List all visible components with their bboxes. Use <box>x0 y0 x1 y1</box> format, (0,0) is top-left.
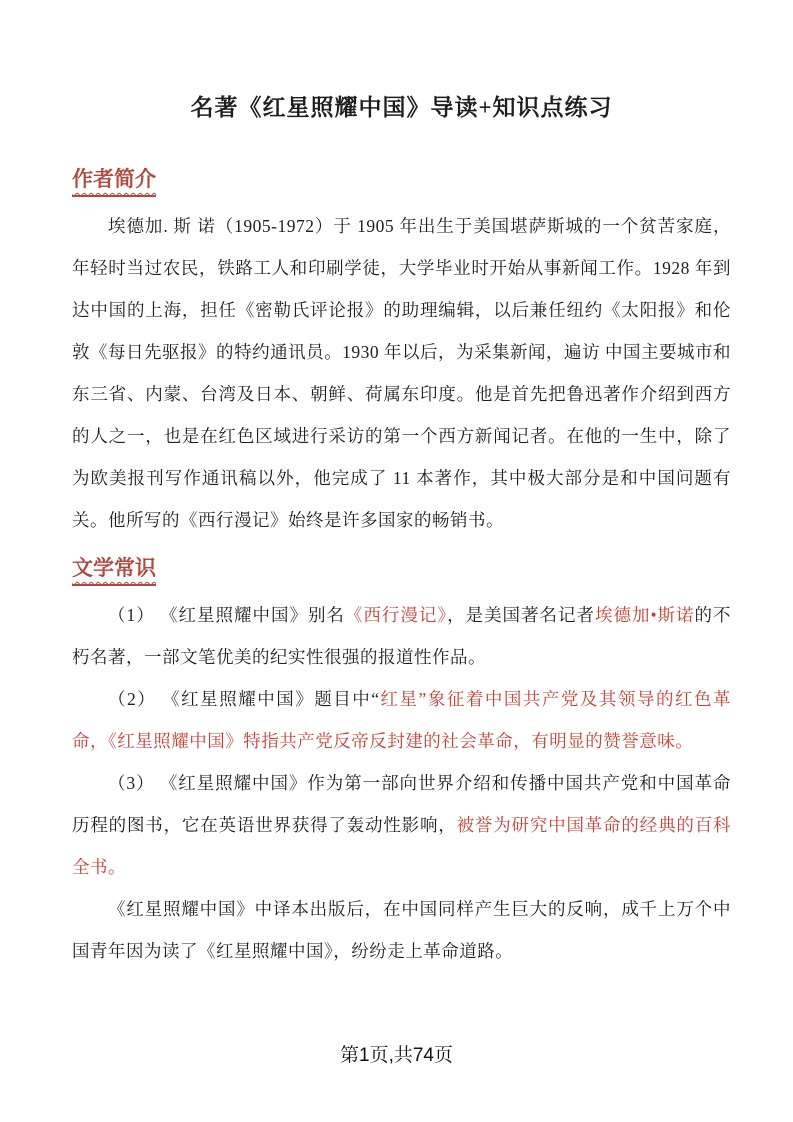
text-run: 《红星照耀中国》中译本出版后，在中国同样产生巨大的反响，成千上万个中国青年因为读… <box>72 899 731 961</box>
document-body: 作者简介埃德加. 斯 诺（1905-1972）于 1905 年出生于美国堪萨斯城… <box>72 164 731 972</box>
paragraph: （1） 《红星照耀中国》别名《西行漫记》，是美国著名记者埃德加•斯诺的不朽名著，… <box>72 594 731 678</box>
page-footer: 第1页,共74页 <box>0 1040 793 1067</box>
document-content: 名著《红星照耀中国》导读+知识点练习 作者简介埃德加. 斯 诺（1905-197… <box>72 0 731 972</box>
section: 作者简介埃德加. 斯 诺（1905-1972）于 1905 年出生于美国堪萨斯城… <box>72 164 731 541</box>
section-heading-text: 作者简介 <box>72 164 156 197</box>
paragraph: 埃德加. 斯 诺（1905-1972）于 1905 年出生于美国堪萨斯城的一个贫… <box>72 205 731 541</box>
text-run: ，是美国著名记者 <box>447 605 595 625</box>
text-run: （1） 《红星照耀中国》别名 <box>108 605 345 625</box>
section-heading: 文学常识 <box>72 553 731 586</box>
section-heading: 作者简介 <box>72 164 731 197</box>
emphasis-text-run: 埃德加•斯诺 <box>595 605 695 625</box>
paragraph: （3） 《红星照耀中国》作为第一部向世界介绍和传播中国共产党和中国革命历程的图书… <box>72 762 731 888</box>
text-run: （2） 《红星照耀中国》题目中“ <box>108 689 380 709</box>
paragraph: 《红星照耀中国》中译本出版后，在中国同样产生巨大的反响，成千上万个中国青年因为读… <box>72 888 731 972</box>
emphasis-text-run: 《西行漫记》 <box>345 605 447 625</box>
paragraph: （2） 《红星照耀中国》题目中“红星”象征着中国共产党及其领导的红色革命，《红星… <box>72 678 731 762</box>
text-run: 埃德加. 斯 诺（1905-1972）于 1905 年出生于美国堪萨斯城的一个贫… <box>72 216 731 530</box>
document-page: 名著《红星照耀中国》导读+知识点练习 作者简介埃德加. 斯 诺（1905-197… <box>0 0 793 1122</box>
page-title: 名著《红星照耀中国》导读+知识点练习 <box>72 90 731 126</box>
section: 文学常识（1） 《红星照耀中国》别名《西行漫记》，是美国著名记者埃德加•斯诺的不… <box>72 553 731 972</box>
section-heading-text: 文学常识 <box>72 553 156 586</box>
